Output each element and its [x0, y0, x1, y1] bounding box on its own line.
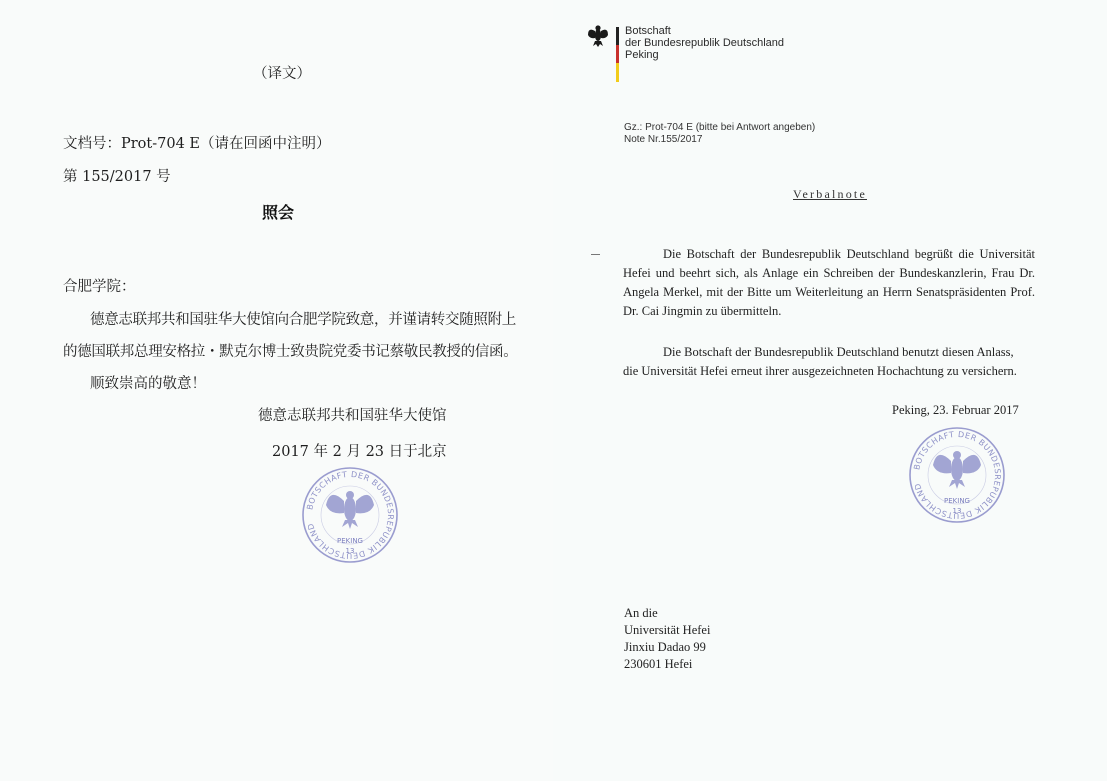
embassy-stamp-right: BOTSCHAFT DER BUNDESREPUBLIK DEUTSCHLAND…	[907, 425, 1007, 530]
closing-cn: 顺致崇高的敬意！	[90, 372, 206, 393]
svg-text:PEKING: PEKING	[944, 497, 970, 505]
note-number-cn: 第 155/2017 号	[63, 165, 171, 186]
body-line-2-cn: 的德国联邦总理安格拉・默克尔博士致贵院党委书记蔡敬民教授的信函。	[63, 340, 517, 361]
letterhead-line-1: Botschaft	[625, 25, 671, 38]
note-title-de: Verbalnote	[793, 187, 867, 202]
embassy-stamp-left: BOTSCHAFT DER BUNDESREPUBLIK DEUTSCHLAND…	[300, 465, 400, 570]
federal-eagle-icon	[587, 24, 609, 53]
paragraph-2-de: Die Botschaft der Bundesrepublik Deutsch…	[623, 343, 1018, 381]
letterhead-line-2: der Bundesrepublik Deutschland	[625, 37, 784, 50]
note-title-cn: 照会	[262, 200, 294, 223]
salutation-cn: 合肥学院：	[63, 275, 136, 296]
paragraph-1-de: Die Botschaft der Bundesrepublik Deutsch…	[623, 245, 1035, 321]
reference-line-cn: 文档号：Prot-704 E（请在回函中注明）	[63, 132, 331, 153]
sender-cn: 德意志联邦共和国驻华大使馆	[258, 404, 447, 425]
federal-eagle-icon: BOTSCHAFT DER BUNDESREPUBLIK DEUTSCHLAND…	[907, 425, 1007, 525]
note-number-de: Note Nr.155/2017	[624, 134, 702, 146]
date-cn: 2017 年 2 月 23 日于北京	[272, 440, 447, 461]
svg-text:13: 13	[346, 547, 355, 555]
federal-eagle-icon: BOTSCHAFT DER BUNDESREPUBLIK DEUTSCHLAND…	[300, 465, 400, 565]
translation-page	[0, 0, 553, 781]
german-flag-bar	[616, 27, 619, 82]
translation-label: （译文）	[253, 62, 311, 83]
svg-text:PEKING: PEKING	[337, 537, 363, 545]
reference-line-de: Gz.: Prot-704 E (bitte bei Antwort angeb…	[624, 122, 815, 134]
body-line-1-cn: 德意志联邦共和国驻华大使馆向合肥学院致意，并谨请转交随照附上	[90, 308, 516, 329]
svg-text:13: 13	[953, 507, 962, 515]
letterhead-line-3: Peking	[625, 49, 659, 62]
place-date-de: Peking, 23. Februar 2017	[892, 401, 1019, 420]
address-line-4: 230601 Hefei	[624, 655, 692, 674]
fold-mark	[591, 254, 600, 255]
